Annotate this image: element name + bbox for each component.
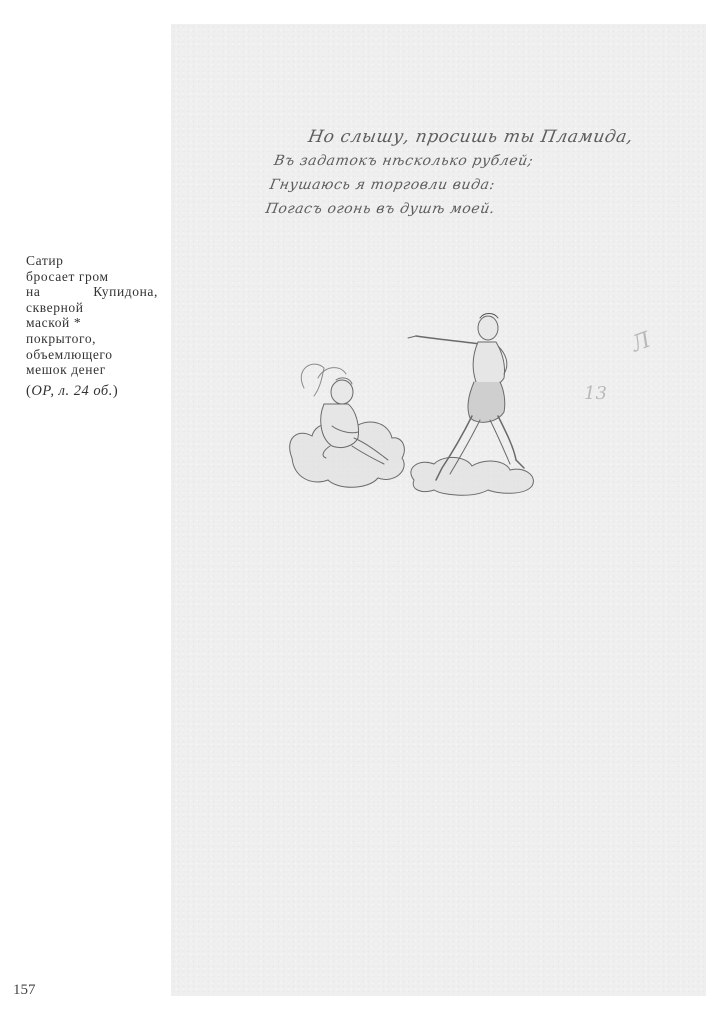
verse-line: Но слышу, просишь ты Пламида, — [276, 125, 700, 149]
page-number: 157 — [13, 982, 36, 999]
pencil-mark: 13 — [584, 383, 607, 404]
caption-line: объемлющего — [26, 347, 166, 363]
verse-line: Гнушаюсь я торговли вида: — [268, 173, 692, 197]
caption-word: Купидона, — [93, 284, 158, 300]
satyr-cupid-illustration — [284, 308, 542, 498]
caption-reference: (ОР, л. 24 об.) — [26, 384, 166, 400]
caption-line: Сатир — [26, 253, 166, 269]
ref-text: ОР, л. 24 об. — [31, 383, 112, 399]
verse-line: Въ задатокъ нѣсколько рублей; — [272, 149, 696, 173]
ref-close-paren: ) — [113, 383, 118, 399]
caption-line: бросает гром — [26, 269, 166, 285]
caption-line: покрытого, — [26, 331, 166, 347]
verse-line: Погасъ огонь въ душѣ моей. — [264, 197, 688, 221]
satyr-figure — [408, 314, 524, 481]
caption-line: мешок денег — [26, 362, 166, 378]
caption-word: на — [26, 284, 40, 300]
caption-line: маской * — [26, 315, 166, 331]
caption: Сатир бросает гром на Купидона, скверной… — [26, 253, 166, 399]
caption-line: скверной — [26, 300, 166, 316]
cloud-right — [411, 457, 534, 495]
caption-line: на Купидона, — [26, 284, 158, 300]
handwritten-verse: Но слышу, просишь ты Пламида, Въ задаток… — [264, 125, 701, 221]
